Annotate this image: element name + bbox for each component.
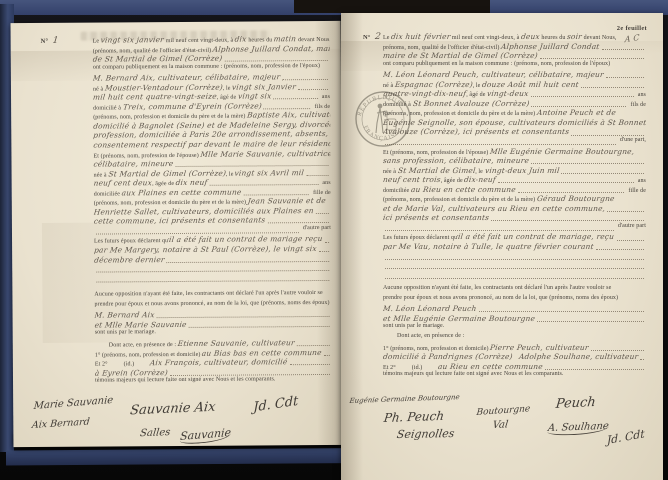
ruled-fill-line (297, 345, 330, 346)
printed-text: Dont acte, en présence de : (109, 342, 178, 348)
handwritten-text: M. Léon Léonard Peuch (383, 304, 477, 313)
form-line: prénoms, nom, qualité de l'officier d'ét… (383, 42, 646, 52)
ruled-fill-line (325, 241, 329, 242)
act-body-left: Le vingt six janvier mil neuf cent vingt… (93, 34, 332, 387)
printed-text: Dont acte, en présence de : (397, 333, 464, 339)
act-number-value: 2 (374, 32, 381, 42)
printed-text: , âgée de (152, 181, 176, 187)
printed-text-right: fils de (315, 104, 331, 110)
register-page-right: 2e feuillet A C N° 2 RÉPUBLIQUE FRANÇAIS… (341, 13, 663, 480)
ruled-fill-line (267, 222, 328, 223)
handwritten-text: domicilié à Pandrignes (Corrèze) (383, 352, 513, 361)
form-line: Et (prénoms, nom, profession de l'épouse… (93, 148, 330, 159)
handwritten-text: il a été fait un contrat de mariage reçu (169, 234, 324, 244)
form-line: d'une part, (383, 137, 646, 147)
printed-text: (prénoms, nom, profession et domicile du… (383, 197, 537, 203)
ruled-fill-line (531, 163, 644, 164)
ruled-fill-line (518, 192, 625, 193)
handwritten-text: Espagnac (Corrèze) (394, 80, 473, 89)
form-line: sont unis par le mariage. (383, 323, 646, 333)
handwritten-text: matin (273, 34, 297, 43)
handwritten-text: Géraud Boutourgne (536, 194, 615, 203)
printed-text: témoins majeurs qui lecture faite ont si… (383, 371, 563, 377)
signature: Val (492, 419, 509, 431)
ruled-fill-line (606, 77, 644, 78)
handwritten-text: Alphonse Juillard Condat, maire (212, 43, 332, 53)
handwritten-text: deux (520, 32, 540, 41)
printed-text-right: d'autre part (618, 223, 646, 229)
handwritten-text: Treix, commune d'Eyrein (Corrèze) (122, 101, 262, 111)
ruled-fill-line (540, 58, 644, 59)
act-number-value: 1 (52, 36, 59, 46)
signature: Eugénie Germaine Boutourgne (349, 393, 460, 405)
handwritten-text: au Bias bas en cette commune (202, 347, 323, 357)
handwritten-text: vingt six Janvier (232, 82, 297, 91)
form-line (94, 273, 331, 284)
signature: Jd. Cdt (607, 427, 645, 447)
printed-text: domiciliée (94, 191, 122, 197)
printed-text: , âgé de (217, 95, 238, 101)
ruled-fill-line (243, 194, 309, 195)
signature: Marie Sauvanie (33, 395, 113, 412)
handwritten-text: neuf cent deux (93, 178, 152, 187)
ruled-fill-line (531, 106, 626, 107)
signature: Jd. Cdt (253, 394, 298, 416)
printed-text: née à (94, 172, 109, 178)
handwritten-text: cette commune, ici présents et consentan… (93, 216, 266, 226)
handwritten-text: à Eyrein (Corrèze) (94, 368, 168, 378)
printed-text-right: fille de (628, 188, 646, 194)
handwritten-text: il a été fait un contrat de mariage, reç… (458, 232, 615, 241)
printed-text: témoins majeurs qui lecture faite ont si… (95, 376, 276, 383)
printed-text: Et 2° (95, 362, 108, 368)
form-line: née à St Martial de Gimel, le vingt-deux… (383, 166, 646, 176)
printed-text: devant Nous, (296, 37, 331, 43)
handwritten-text: vingt six Avril mil (235, 168, 305, 177)
handwritten-text: vingt-deux (487, 89, 530, 98)
handwritten-text: vingt-deux Juin mil (484, 166, 560, 175)
ruled-fill-line (607, 211, 644, 212)
register-page-left: N° 1 Le vingt six janvier mil neuf cent … (11, 21, 344, 447)
form-line: par Me Vau, notaire à Tulle, le quatre f… (383, 242, 646, 252)
printed-text: mil neuf cent vingt-deux, à (164, 38, 235, 44)
printed-text: devant Nous, (582, 35, 616, 41)
signature: A. Soulhane (547, 421, 609, 436)
form-line: Aucune opposition n'ayant été faite, les… (383, 285, 646, 295)
printed-text: heures du (540, 35, 567, 41)
handwritten-text: mil huit cent quatre-vingt-seize (93, 92, 218, 102)
handwritten-text: de St Martial de Gimel (Corrèze) (93, 54, 223, 64)
printed-text: sont unis par le mariage. (95, 330, 156, 336)
printed-text: né à (383, 83, 395, 89)
printed-text-right: ans (322, 94, 330, 100)
handwritten-text: St Martial de Gimel (Corrèze) (108, 168, 227, 178)
handwritten-text: dix huit (391, 32, 425, 41)
ruled-fill-line (224, 60, 327, 62)
handwritten-text: Jean Sauvanie et de (247, 196, 326, 206)
form-line (383, 271, 646, 281)
printed-text-right: ans (638, 178, 646, 184)
ruled-fill-line (571, 135, 644, 136)
register-book-photo: N° 1 Le vingt six janvier mil neuf cent … (0, 0, 668, 480)
ruled-fill-line (273, 98, 317, 99)
ruled-fill-line (531, 96, 634, 97)
form-line: née à St Martial de Gimel (Corrèze), le … (94, 168, 331, 179)
handwritten-text: Avalouze (Corrèze), ici présents et cons… (383, 127, 570, 136)
form-line: Et (prénoms, nom, profession de l'épouse… (383, 147, 646, 157)
printed-text: prénoms, nom, qualité de l'officier d'ét… (383, 45, 501, 51)
form-line: et de Marie Val, cultivateurs au Rieu en… (383, 204, 646, 214)
printed-text: ont comparu publiquement en la maison co… (93, 63, 320, 71)
handwritten-text: par Me Vau, notaire à Tulle, le quatre f… (383, 242, 594, 251)
handwritten-text: et de Marie Val, cultivateurs au Rieu en… (383, 204, 606, 213)
signature: Salles (139, 427, 171, 439)
act-body-right: Le dix huit février mil neuf cent vingt-… (383, 32, 646, 381)
handwritten-text: St Bonnet Avalouze (Corrèze) (412, 99, 530, 108)
form-line: domiciliée au Rieu en cette communefille… (383, 185, 646, 195)
form-line: domicilié à St Bonnet Avalouze (Corrèze)… (383, 99, 646, 109)
handwritten-text: Mlle Marie Sauvanie, cultivatrice, (200, 148, 332, 158)
handwritten-text: Antoine Peuch et de (536, 108, 616, 117)
form-line: Les futurs époux déclarent qu'il a été f… (383, 232, 646, 242)
ruled-fill-line (591, 350, 644, 351)
form-line: Avalouze (Corrèze), ici présents et cons… (383, 127, 646, 137)
ruled-fill-line (602, 49, 644, 50)
form-line: ont comparu publiquement en la maison co… (383, 61, 646, 71)
handwritten-text: consentement respectif par devant le mai… (93, 139, 332, 150)
printed-text: (id.) (124, 361, 135, 367)
handwritten-text: célibataire, mineure (93, 159, 174, 169)
printed-text: domiciliée (383, 188, 411, 194)
ruled-fill-line (491, 220, 644, 221)
form-line (383, 261, 646, 271)
printed-text: Les futurs époux déclarent qu' (383, 235, 458, 241)
act-number-label: N° (363, 34, 371, 41)
form-line: ici présents et consentants (383, 213, 646, 223)
handwritten-text: aux Plaines en cette commune (121, 187, 242, 197)
ruled-fill-line (290, 364, 330, 365)
handwritten-text: quatre-vingt-dix-neuf (383, 89, 467, 98)
printed-text-right: d'autre part (303, 225, 331, 231)
ruled-fill-line (617, 240, 644, 241)
printed-text: , âgé de (466, 92, 487, 98)
ruled-fill-line (385, 144, 616, 145)
handwritten-text: Alphonse Juillard Condat (500, 42, 600, 51)
handwritten-text: dix-neuf (464, 175, 497, 184)
signature: Seignolles (396, 427, 455, 441)
act-number-label: N° (41, 38, 49, 45)
printed-text-right: ans (322, 180, 330, 186)
printed-text: Et (prénoms, nom, profession de l'épouse… (93, 152, 200, 159)
handwritten-text: au Rieu en cette commune (410, 185, 516, 194)
handwritten-text: dix (234, 35, 247, 44)
handwritten-text: Adolphe Soulhane, cultivateur (518, 352, 638, 361)
form-line: quatre-vingt-dix-neuf, âgé de vingt-deux… (383, 89, 646, 99)
handwritten-text: sans profession, célibataire, mineure (383, 156, 530, 165)
ruled-fill-line (596, 249, 644, 250)
printed-text: née à (383, 169, 398, 175)
ruled-fill-line (306, 175, 328, 176)
printed-text: , âgée de (441, 178, 465, 184)
printed-text: Et (prénoms, nom, profession de l'épouse… (383, 150, 490, 156)
handwritten-text: M. Bernard Aix (94, 310, 155, 319)
ruled-fill-line (210, 184, 319, 186)
printed-text: (prénoms, nom, profession et domicile du… (383, 111, 537, 117)
handwritten-text: M. Bernard Aix, cultivateur, célibataire… (93, 72, 281, 82)
ruled-fill-line (298, 89, 328, 90)
form-line: domicilié à Pandrignes (Corrèze)Adolphe … (383, 352, 646, 362)
printed-text: Aucune opposition n'ayant été faite, les… (94, 290, 322, 298)
handwritten-text: Moustier-Ventadour (Corrèze) (104, 82, 223, 92)
ruled-fill-line (96, 280, 329, 283)
form-line: maire de St Martial de Gimel (Corrèze) (383, 51, 646, 61)
ruled-fill-line (581, 87, 644, 88)
printed-text: sont unis par le mariage. (383, 323, 444, 329)
ruled-fill-line (545, 369, 644, 370)
printed-text: prendre pour époux et nous avons prononc… (383, 295, 618, 301)
printed-text: domicilié à (383, 102, 413, 108)
handwritten-text: douze Août mil huit cent (482, 80, 580, 89)
handwritten-text: maire de St Martial de Gimel (Corrèze) (383, 51, 538, 60)
handwritten-text: Baptiste Aix, cultivateur, (247, 110, 333, 120)
handwritten-text: St Martial de Gimel (397, 166, 476, 175)
form-line: (prénoms, nom, profession et domicile du… (383, 108, 646, 118)
signature: Sauvanie Aix (129, 400, 216, 419)
form-line: M. Léon Léonard Peuch, cultivateur, céli… (383, 70, 646, 80)
act-number: N° 1 (41, 36, 59, 46)
printed-text: Et 2° (383, 365, 396, 371)
handwritten-text: Eugénie Seignolle, son épouse, cultivate… (383, 118, 646, 127)
form-line: Et 2°(id.)au Rieu en cette commune (383, 362, 646, 372)
handwritten-text: ici présents et consentants (383, 213, 490, 222)
printed-text-right: d'une part, (620, 137, 646, 143)
signature: Sauvanie (179, 426, 231, 445)
printed-text: mil neuf cent vingt-deux, à (450, 35, 521, 41)
printed-text-right: fils de (630, 102, 646, 108)
signature: Aix Bernard (31, 417, 90, 432)
handwritten-text: décembre dernier (94, 255, 166, 264)
ruled-fill-line (479, 311, 645, 312)
handwritten-text: février (423, 32, 451, 41)
form-line: (prénoms, nom, profession et domicile du… (383, 194, 646, 204)
signature: Peuch (555, 395, 596, 412)
handwritten-text: neuf cent trois (383, 175, 441, 184)
book-binding-top (294, 0, 490, 13)
handwritten-text: au Rieu en cette commune (438, 362, 544, 371)
printed-text: prendre pour époux et nous avons prononc… (94, 300, 329, 308)
handwritten-text: vingt six (237, 92, 272, 101)
handwritten-text: M. Léon Léonard Peuch, cultivateur, céli… (383, 70, 604, 79)
printed-text: né à (93, 86, 105, 92)
form-line: né à Espagnac (Corrèze), le douze Août m… (383, 80, 646, 90)
form-line: 1° (prénoms, nom, profession et domicile… (383, 343, 646, 353)
printed-text: Aucune opposition n'ayant été faite, les… (383, 285, 611, 291)
ruled-fill-line (319, 251, 329, 252)
handwritten-text: Aix François, cultivateur, domicilié (150, 357, 289, 367)
ruled-fill-line (385, 278, 644, 279)
ruled-fill-line (640, 359, 644, 360)
form-line: sans profession, célibataire, mineure (383, 156, 646, 166)
form-line: Dont acte, en présence de : (383, 333, 646, 343)
handwritten-text: et Mlle Eugénie Germaine Boutourgne (383, 314, 536, 323)
handwritten-text: vingt six (100, 35, 137, 44)
printed-text-right: fille de (313, 190, 331, 196)
ruled-fill-line (561, 173, 644, 174)
ruled-fill-line (385, 268, 644, 269)
form-line: prendre pour époux et nous avons prononc… (383, 295, 646, 305)
handwritten-text: et Mlle Marie Sauvanie (94, 320, 187, 330)
printed-text: 1° (prénoms, nom, profession et domicile… (383, 346, 490, 352)
printed-text: domicilié à (93, 105, 123, 111)
printed-text: (id.) (412, 365, 423, 371)
handwritten-text: janvier (136, 35, 164, 44)
form-line: témoins majeurs qui lecture faite ont si… (383, 371, 646, 381)
printed-text: , le (475, 169, 484, 175)
ruled-fill-line (537, 321, 644, 322)
signature: Boutourgne (476, 404, 531, 418)
form-line: et Mlle Eugénie Germaine Boutourgne (383, 314, 646, 324)
act-number: N° 2 (363, 32, 380, 42)
ruled-fill-line (385, 230, 614, 231)
handwritten-text: soir (567, 32, 583, 41)
ruled-fill-line (316, 213, 329, 214)
form-line: neuf cent trois, âgée de dix-neufans (383, 175, 646, 185)
printed-text: Les futurs époux déclarent qu' (94, 239, 169, 246)
ruled-fill-line (324, 354, 330, 355)
handwritten-text: Etienne Sauvanie, cultivateur (177, 338, 295, 348)
handwritten-text: Pierre Peuch, cultivateur (490, 343, 590, 352)
handwritten-text: par Me Margery, notaire à St Paul (Corrè… (94, 244, 318, 255)
ruled-fill-line (498, 182, 633, 183)
ruled-fill-line (385, 259, 644, 260)
form-line (383, 252, 646, 262)
handwritten-text: Mlle Eugénie Germaine Boutourgne, (489, 147, 634, 156)
handwritten-text: dix neuf (175, 178, 208, 187)
ruled-fill-line (263, 108, 310, 109)
form-line: M. Léon Léonard Peuch (383, 304, 646, 314)
printed-text: heures du (247, 37, 274, 43)
signature: Ph. Peuch (383, 409, 445, 425)
feuillet-text: 2e feuillet (617, 25, 647, 32)
form-line: Le dix huit février mil neuf cent vingt-… (383, 32, 646, 42)
printed-text-right: ans (638, 92, 646, 98)
printed-text: ont comparu publiquement en la maison co… (383, 61, 610, 67)
ruled-fill-line (282, 79, 328, 80)
form-line: témoins majeurs qui lecture faite ont si… (95, 376, 332, 387)
signatures-left: Marie SauvanieAix BernardSauvanie AixSal… (11, 21, 341, 23)
